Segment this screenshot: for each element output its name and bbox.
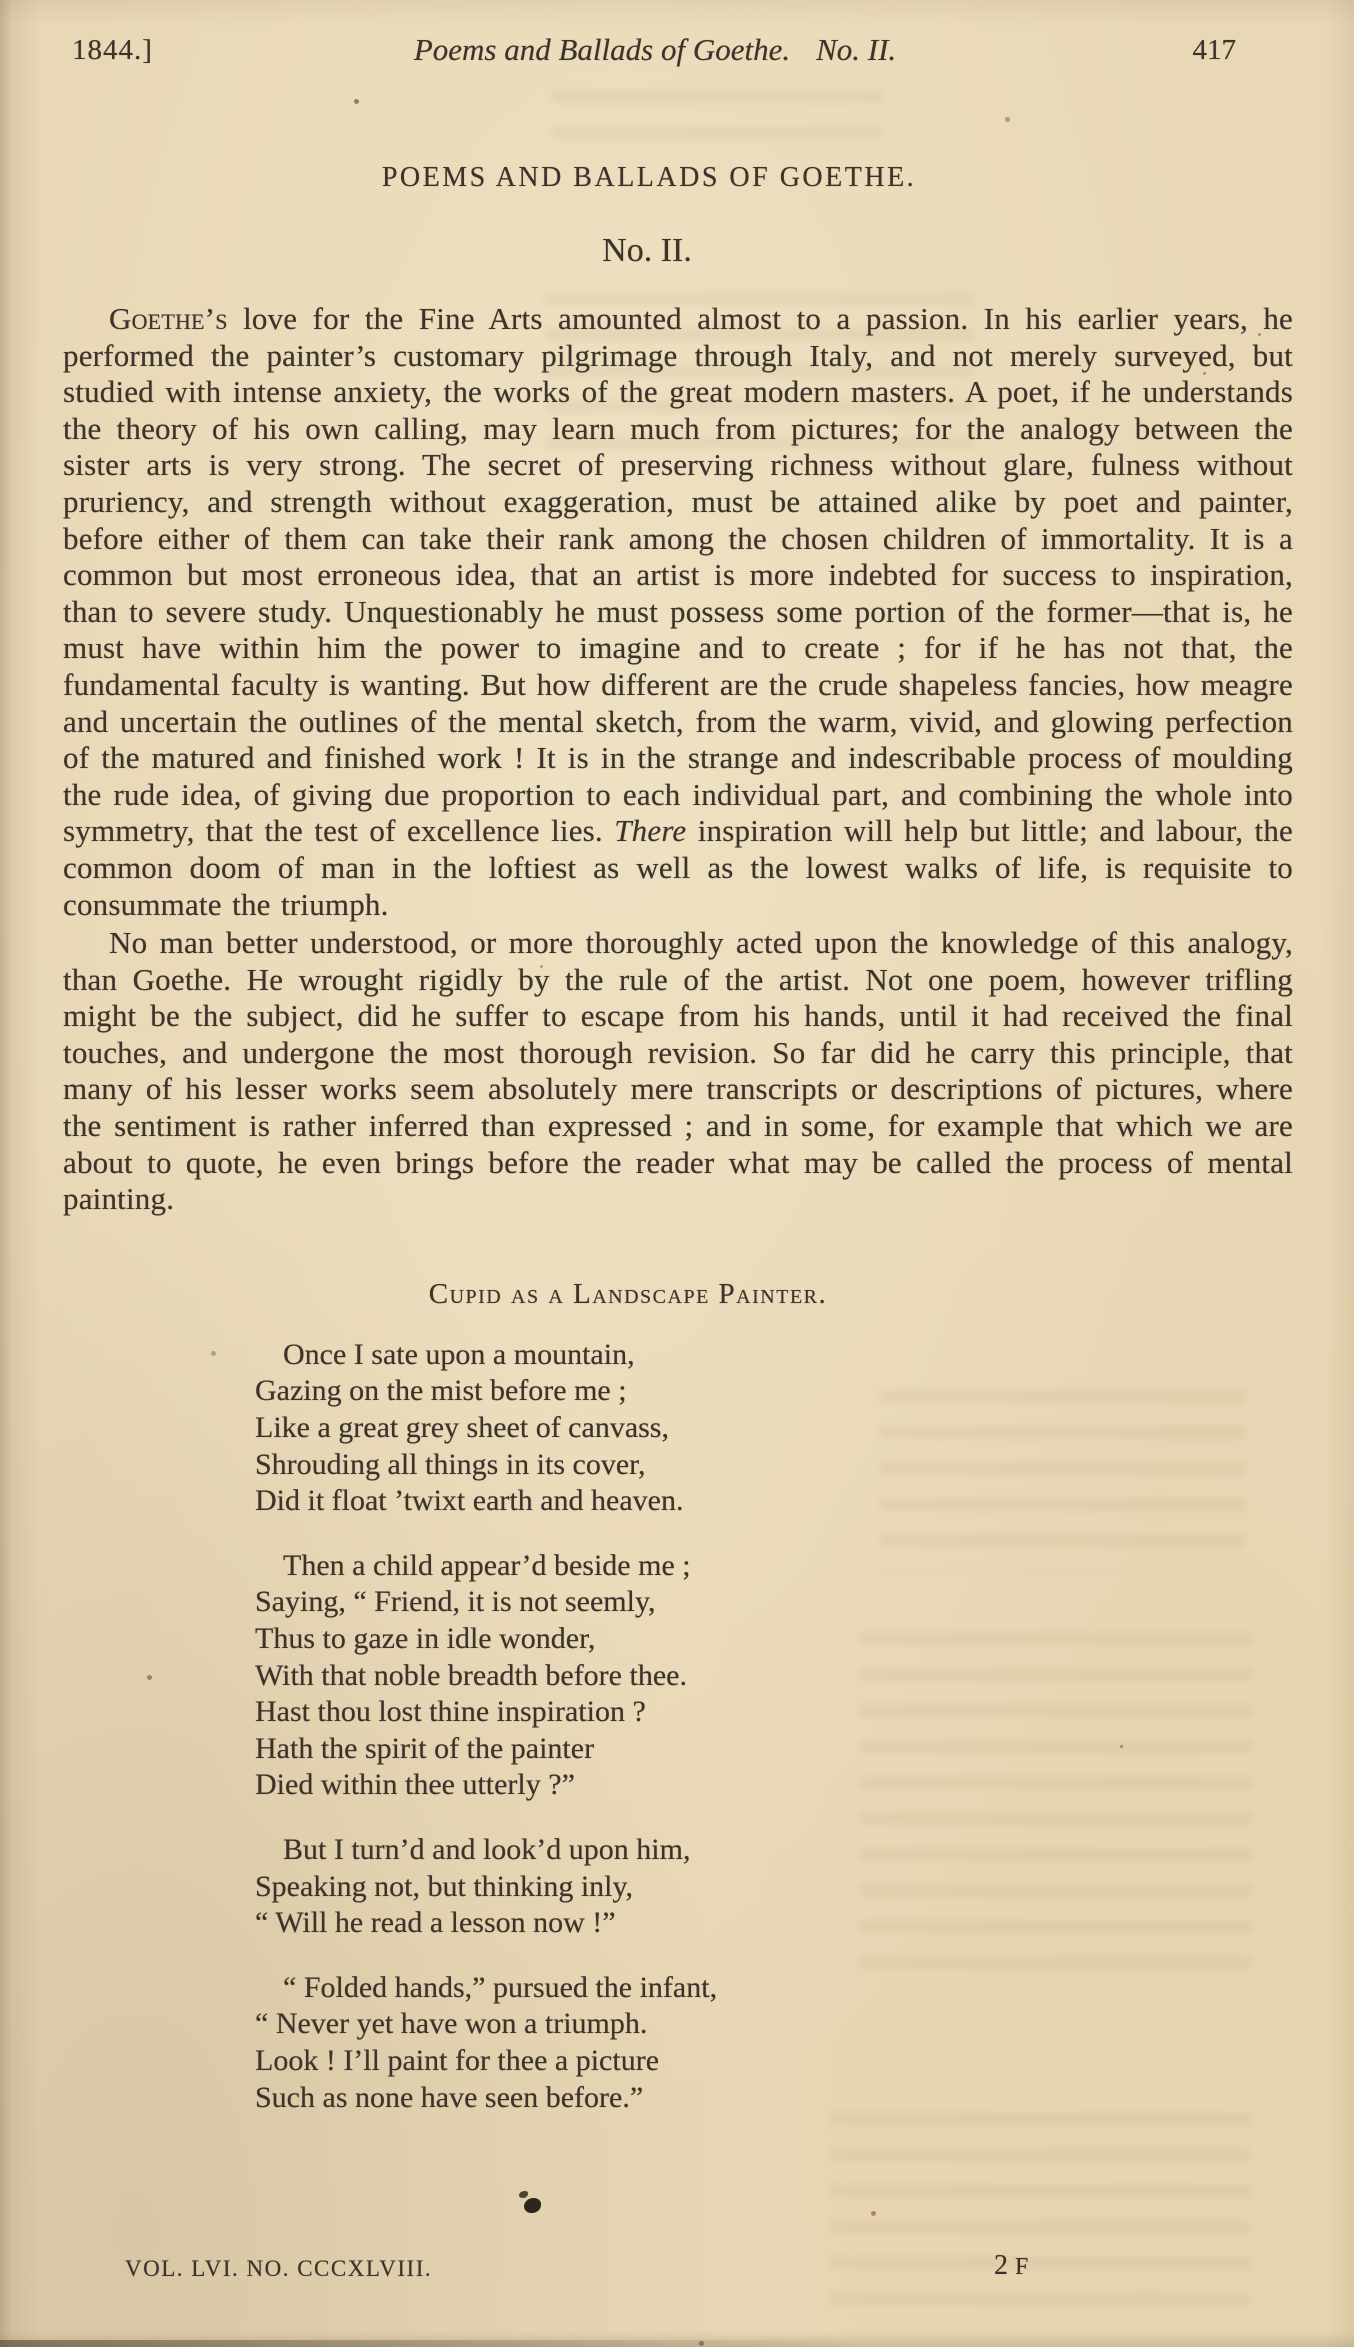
poem-line: With that noble breadth before thee. xyxy=(255,1658,1293,1695)
poem-line: Shrouding all things in its cover, xyxy=(255,1447,1293,1484)
text-column: Goethe’s love for the Fine Arts amounted… xyxy=(63,301,1293,2144)
poem-line: Like a great grey sheet of canvass, xyxy=(255,1410,1293,1447)
verso-showthrough xyxy=(552,90,882,154)
poem-line: Hath the spirit of the painter xyxy=(255,1731,1293,1768)
poem-line: But I turn’d and look’d upon him, xyxy=(255,1832,1293,1869)
poem: Once I sate upon a mountain, Gazing on t… xyxy=(255,1337,1293,2116)
poem-line: Died within thee utterly ?” xyxy=(255,1767,1293,1804)
poem-line: “ Will he read a lesson now !” xyxy=(255,1905,1293,1942)
volume-number: VOL. LVI. NO. CCCXLVIII. xyxy=(125,2256,432,2282)
running-head-title: Poems and Ballads of Goethe.No. II. xyxy=(0,32,1332,68)
poem-line: Gazing on the mist before me ; xyxy=(255,1373,1293,1410)
poem-line: Once I sate upon a mountain, xyxy=(255,1337,1293,1374)
page-number: 417 xyxy=(1193,34,1237,67)
poem-stanza-4: “ Folded hands,” pursued the infant, “ N… xyxy=(255,1970,1293,2116)
poem-line: Hast thou lost thine inspiration ? xyxy=(255,1694,1293,1731)
paper-specks xyxy=(0,0,3,3)
poem-stanza-3: But I turn’d and look’d upon him, Speaki… xyxy=(255,1832,1293,1942)
article-subtitle: No. II. xyxy=(0,232,1324,270)
running-head-number: No. II. xyxy=(816,32,896,67)
poem-line: Thus to gaze in idle wonder, xyxy=(255,1621,1293,1658)
signature-letter: F xyxy=(1015,2254,1029,2280)
page-bottom-edge xyxy=(0,2340,867,2347)
poem-line: Then a child appear’d beside me ; xyxy=(255,1548,1293,1585)
poem-line: Look ! I’ll paint for thee a picture xyxy=(255,2043,1293,2080)
lead-word: Goethe’s xyxy=(109,301,228,336)
paragraph-1-italic-word: There xyxy=(614,813,686,848)
poem-stanza-1: Once I sate upon a mountain, Gazing on t… xyxy=(255,1337,1293,1520)
signature-number: 2 xyxy=(994,2250,1008,2281)
running-head: 1844.] Poems and Ballads of Goethe.No. I… xyxy=(0,30,1354,76)
paragraph-2: No man better understood, or more thorou… xyxy=(63,925,1293,1218)
poem-title: Cupid as a Landscape Painter. xyxy=(13,1278,1243,1311)
running-head-title-text: Poems and Ballads of Goethe. xyxy=(414,32,790,67)
poem-line: Did it float ’twixt earth and heaven. xyxy=(255,1483,1293,1520)
book-page: 1844.] Poems and Ballads of Goethe.No. I… xyxy=(0,0,1354,2347)
paragraph-1: Goethe’s love for the Fine Arts amounted… xyxy=(63,301,1293,923)
signature-mark: 2 F xyxy=(994,2250,1029,2282)
article-title: POEMS AND BALLADS OF GOETHE. xyxy=(0,162,1326,194)
poem-line: Such as none have seen before.” xyxy=(255,2080,1293,2117)
ink-blot xyxy=(524,2198,541,2213)
poem-line: Saying, “ Friend, it is not seemly, xyxy=(255,1584,1293,1621)
poem-stanza-2: Then a child appear’d beside me ; Saying… xyxy=(255,1548,1293,1804)
paragraph-1-text-a: love for the Fine Arts amounted almost t… xyxy=(63,301,1293,848)
poem-line: “ Never yet have won a triumph. xyxy=(255,2006,1293,2043)
poem-line: Speaking not, but thinking inly, xyxy=(255,1869,1293,1906)
poem-line: “ Folded hands,” pursued the infant, xyxy=(255,1970,1293,2007)
